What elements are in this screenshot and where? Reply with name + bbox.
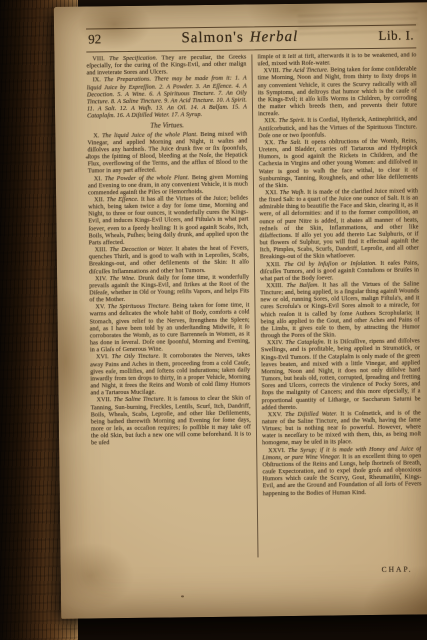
section-body: ſimple of it ſelf at firſt, afterwards i… [257, 52, 416, 67]
section-number: XIX. [264, 119, 277, 125]
section-number: XII. [94, 197, 104, 203]
section-number: X. [93, 133, 99, 139]
section-paragraph-xvi: XVI. The Oily Tincture. It corroborates … [90, 353, 251, 398]
section-title: The Waſh. [280, 190, 306, 196]
page-number: 92 [88, 31, 101, 47]
section-number: IX. [93, 78, 101, 84]
section-number: XXI. [265, 190, 278, 196]
book-page: 92 Salmon'sHerbal Lib. I. VIII. The Spec… [54, 2, 427, 619]
page-header: 92 Salmon'sHerbal Lib. I. [86, 24, 416, 52]
section-paragraph-ix: IX. The Preparations. There may be made … [87, 76, 248, 121]
section-paragraph-viii: VIII. The Specification. They are peculi… [86, 55, 246, 78]
section-body: It is Diſcuſſive, ripens and diſſolves S… [261, 339, 421, 411]
section-title: The Oil by Infuſion or Inſolation. [284, 260, 377, 267]
section-number: XIII. [95, 247, 107, 253]
section-paragraph-x: X. The liquid Juice of the whole Plant. … [87, 131, 248, 176]
ink-speck [181, 595, 184, 597]
section-paragraph-xiii: XIII. The Decoction or Water. It abates … [89, 246, 249, 277]
running-title-book: Herbal [250, 29, 299, 46]
running-title-author: Salmon's [181, 30, 244, 47]
section-paragraph-xi: XI. The Powder of the whole Plant. Being… [88, 174, 248, 197]
section-number: VIII. [92, 56, 104, 62]
section-number: XV. [95, 305, 105, 311]
book-volume-label: Lib. I. [378, 27, 414, 43]
left-column: VIII. The Specification. They are peculi… [86, 54, 257, 559]
section-paragraph-xxii: XXII. The Oil by Infuſion or Inſolation.… [260, 260, 419, 283]
section-paragraph-xxiv: XXIV. The Cataplaſm. It is Diſcuſſive, r… [261, 339, 421, 412]
section-body: Being taken for ſome time, it warms and … [89, 303, 249, 354]
section-paragraph-xix: XIX. The Spirit. It is Cordial, Hyſteric… [258, 117, 417, 140]
section-paragraph-xvii: XVII. The Saline Tincture. It is famous … [91, 396, 252, 448]
section-title: The Diſtilled Water. [285, 411, 337, 418]
section-title: The Oily Tincture. [112, 354, 160, 361]
section-title: The Salt. [278, 140, 302, 146]
virtues-heading: The Virtues. [87, 122, 247, 131]
section-body: Being taken for ſome conſiderable time M… [258, 67, 417, 118]
section-title: The Spirituous Tincture. [108, 304, 171, 311]
section-number: XXV. [268, 412, 282, 418]
section-number: XXII. [266, 262, 281, 268]
section-paragraph-xiv: XIV. The Wine. Drunk daily for ſome time… [89, 274, 249, 305]
section-number: XI. [94, 176, 102, 182]
section-number: XXIV. [267, 340, 283, 346]
section-number: XXIII. [266, 283, 283, 289]
section-title: The Balſam. [286, 283, 319, 289]
section-title: The Preparations. [104, 77, 151, 84]
section-paragraph-xx: XX. The Salt. It opens obſtructions of t… [258, 138, 418, 190]
section-number: XVII. [97, 398, 112, 404]
section-title: The Specification. [109, 56, 157, 63]
section-title: The liquid Juice of the whole Plant. [102, 132, 198, 139]
section-body: It is made of the clarified Juice mixed … [259, 188, 419, 260]
section-title: The Saline Tincture. [113, 397, 165, 404]
section-title: The Eſſence. [107, 197, 139, 203]
printed-area: 92 Salmon'sHerbal Lib. I. VIII. The Spec… [86, 24, 423, 580]
section-number: XIV. [95, 276, 107, 282]
running-title: Salmon'sHerbal [181, 29, 298, 47]
section-title: The Cataplaſm. [286, 340, 326, 346]
section-paragraph-xxvi: XXVI. The Syrup; if it is made with Hone… [262, 446, 422, 498]
section-paragraph-xxv: XXV. The Diſtilled Water. It is Coſmetic… [262, 410, 421, 448]
section-title: The Decoction or Water. [110, 246, 174, 253]
section-number: XXVI. [268, 448, 285, 454]
catchword-row: CHAP. [93, 555, 423, 580]
book-scan-photo: 92 Salmon'sHerbal Lib. I. VIII. The Spec… [0, 0, 427, 640]
section-title: The Acid Tincture. [282, 68, 329, 75]
section-body: It has all the Virtues of the Saline Tin… [260, 281, 419, 339]
section-paragraph-xii: XII. The Eſſence. It has all the Virtues… [88, 195, 249, 247]
section-number: XVI. [96, 355, 109, 361]
section-title: The Wine. [110, 276, 136, 282]
section-title: The Powder of the whole Plant. [105, 175, 190, 182]
section-title: The Spirit. [279, 118, 306, 124]
section-number: XX. [264, 140, 275, 146]
catchword: CHAP. [382, 565, 413, 574]
section-number: XVIII. [264, 68, 281, 74]
right-column: ſimple of it ſelf at firſt, afterwards i… [251, 52, 422, 557]
text-columns: VIII. The Specification. They are peculi… [86, 52, 422, 559]
section-paragraph-xv: XV. The Spirituous Tincture. Being taken… [89, 303, 250, 355]
section-paragraph-xxiii: XXIII. The Balſam. It has all the Virtue… [260, 281, 420, 340]
section-paragraph-xviii: XVIII. The Acid Tincture. Being taken fo… [258, 67, 418, 119]
section-paragraph-xxi: XXI. The Waſh. It is made of the clarifi… [259, 188, 419, 261]
